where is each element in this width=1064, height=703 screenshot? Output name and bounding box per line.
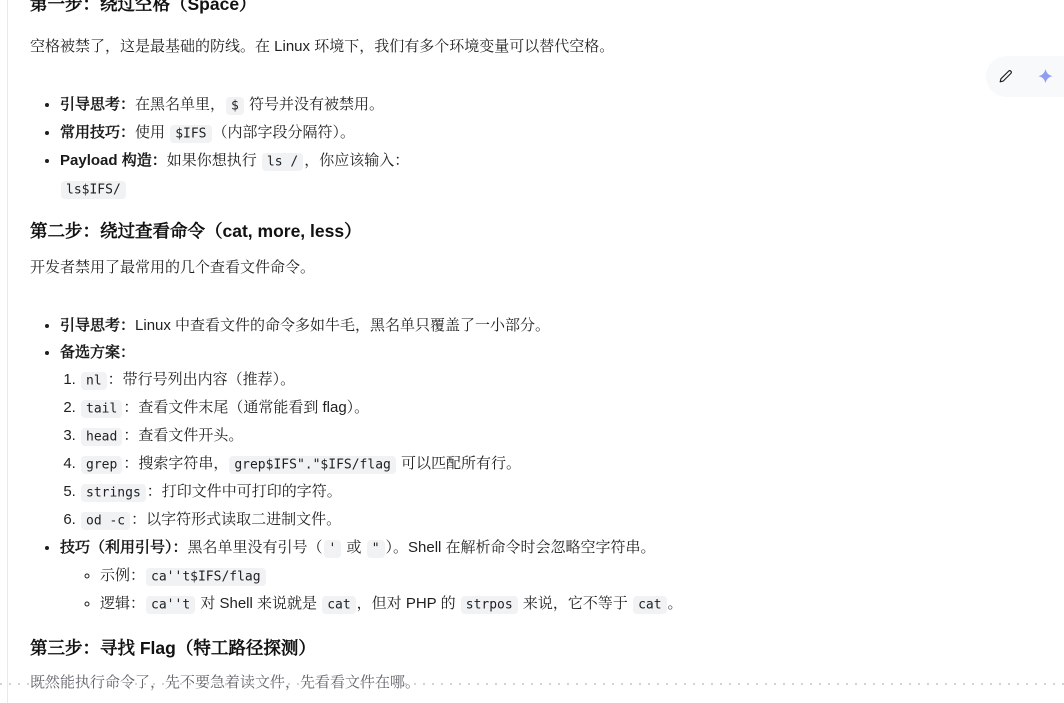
inline-code: ls$IFS/ [61,181,126,199]
quote-trick-sublist: 示例：ca''t$IFS/flag 逻辑：ca''t 对 Shell 来说就是 … [60,562,1030,618]
inline-code: ls / [262,153,303,171]
inline-code: cat [322,596,355,614]
inline-code: ca''t [146,596,195,614]
inline-code: od -c [81,512,130,530]
bullet-list-1: 引导思考：在黑名单里，$ 符号并没有被禁用。 常用技巧：使用 $IFS（内部字段… [30,91,1030,203]
list-item: tail：查看文件末尾（通常能看到 flag）。 [80,394,1030,422]
list-item: 引导思考：在黑名单里，$ 符号并没有被禁用。 [60,91,1030,119]
inline-code: head [81,428,122,446]
list-item: 引导思考：Linux 中查看文件的命令多如牛毛，黑名单只覆盖了一小部分。 [60,312,1030,339]
term-label: 引导思考： [60,317,135,334]
section-heading-3: 第三步：寻找 Flag（特工路径探测） [30,636,1030,660]
document-canvas: 第一步：绕过空格（Space） 空格被禁了，这是最基础的防线。在 Linux 环… [30,0,1030,694]
section-paragraph-1: 空格被禁了，这是最基础的防线。在 Linux 环境下，我们有多个环境变量可以替代… [30,36,1030,58]
section-paragraph-2: 开发者禁用了最常用的几个查看文件命令。 [30,257,1030,279]
inline-code: $IFS [170,125,211,143]
inline-code: strings [81,484,146,502]
list-item: strings：打印文件中可打印的字符。 [80,478,1030,506]
pane-left-border [7,0,8,703]
sub-label: 逻辑： [100,595,145,612]
inline-code: nl [81,372,107,390]
inline-code: grep$IFS"."$IFS/flag [229,456,396,474]
spark-button[interactable] [1035,67,1055,87]
sub-label: 示例： [100,567,145,584]
payload-code-line: ls$IFS/ [60,175,1030,203]
dotted-page-divider [0,683,1064,685]
list-item: 技巧（利用引号）：黑名单里没有引号（' 或 "）。Shell 在解析命令时会忽略… [60,534,1030,618]
alternative-commands-list: nl：带行号列出内容（推荐）。 tail：查看文件末尾（通常能看到 flag）。… [60,366,1030,534]
section-heading-2: 第二步：绕过查看命令（cat, more, less） [30,219,1030,243]
list-item: od -c：以字符形式读取二进制文件。 [80,506,1030,534]
inline-code: grep [81,456,122,474]
inline-code: $ [226,97,244,115]
list-item: Payload 构造：如果你想执行 ls /，你应该输入： ls$IFS/ [60,147,1030,203]
inline-code: ca''t$IFS/flag [146,568,266,586]
term-label: 常用技巧： [60,124,135,141]
section-heading-1: 第一步：绕过空格（Space） [30,0,1030,16]
inline-code: ' [324,540,342,558]
inline-code: tail [81,400,122,418]
term-label: Payload 构造： [60,152,167,169]
term-label: 技巧（利用引号）： [60,539,188,556]
list-item: grep：搜索字符串，grep$IFS"."$IFS/flag 可以匹配所有行。 [80,450,1030,478]
term-label: 备选方案： [60,344,135,361]
list-item: 常用技巧：使用 $IFS（内部字段分隔符）。 [60,119,1030,147]
list-item: 逻辑：ca''t 对 Shell 来说就是 cat，但对 PHP 的 strpo… [100,590,1030,618]
inline-code: " [367,540,385,558]
bullet-list-2: 引导思考：Linux 中查看文件的命令多如牛毛，黑名单只覆盖了一小部分。 备选方… [30,312,1030,618]
list-item: 示例：ca''t$IFS/flag [100,562,1030,590]
inline-code: strpos [461,596,518,614]
inline-code: cat [633,596,666,614]
list-item: head：查看文件开头。 [80,422,1030,450]
sparkle-icon [1036,67,1055,86]
list-item: 备选方案： nl：带行号列出内容（推荐）。 tail：查看文件末尾（通常能看到 … [60,339,1030,534]
list-item: nl：带行号列出内容（推荐）。 [80,366,1030,394]
term-label: 引导思考： [60,96,135,113]
